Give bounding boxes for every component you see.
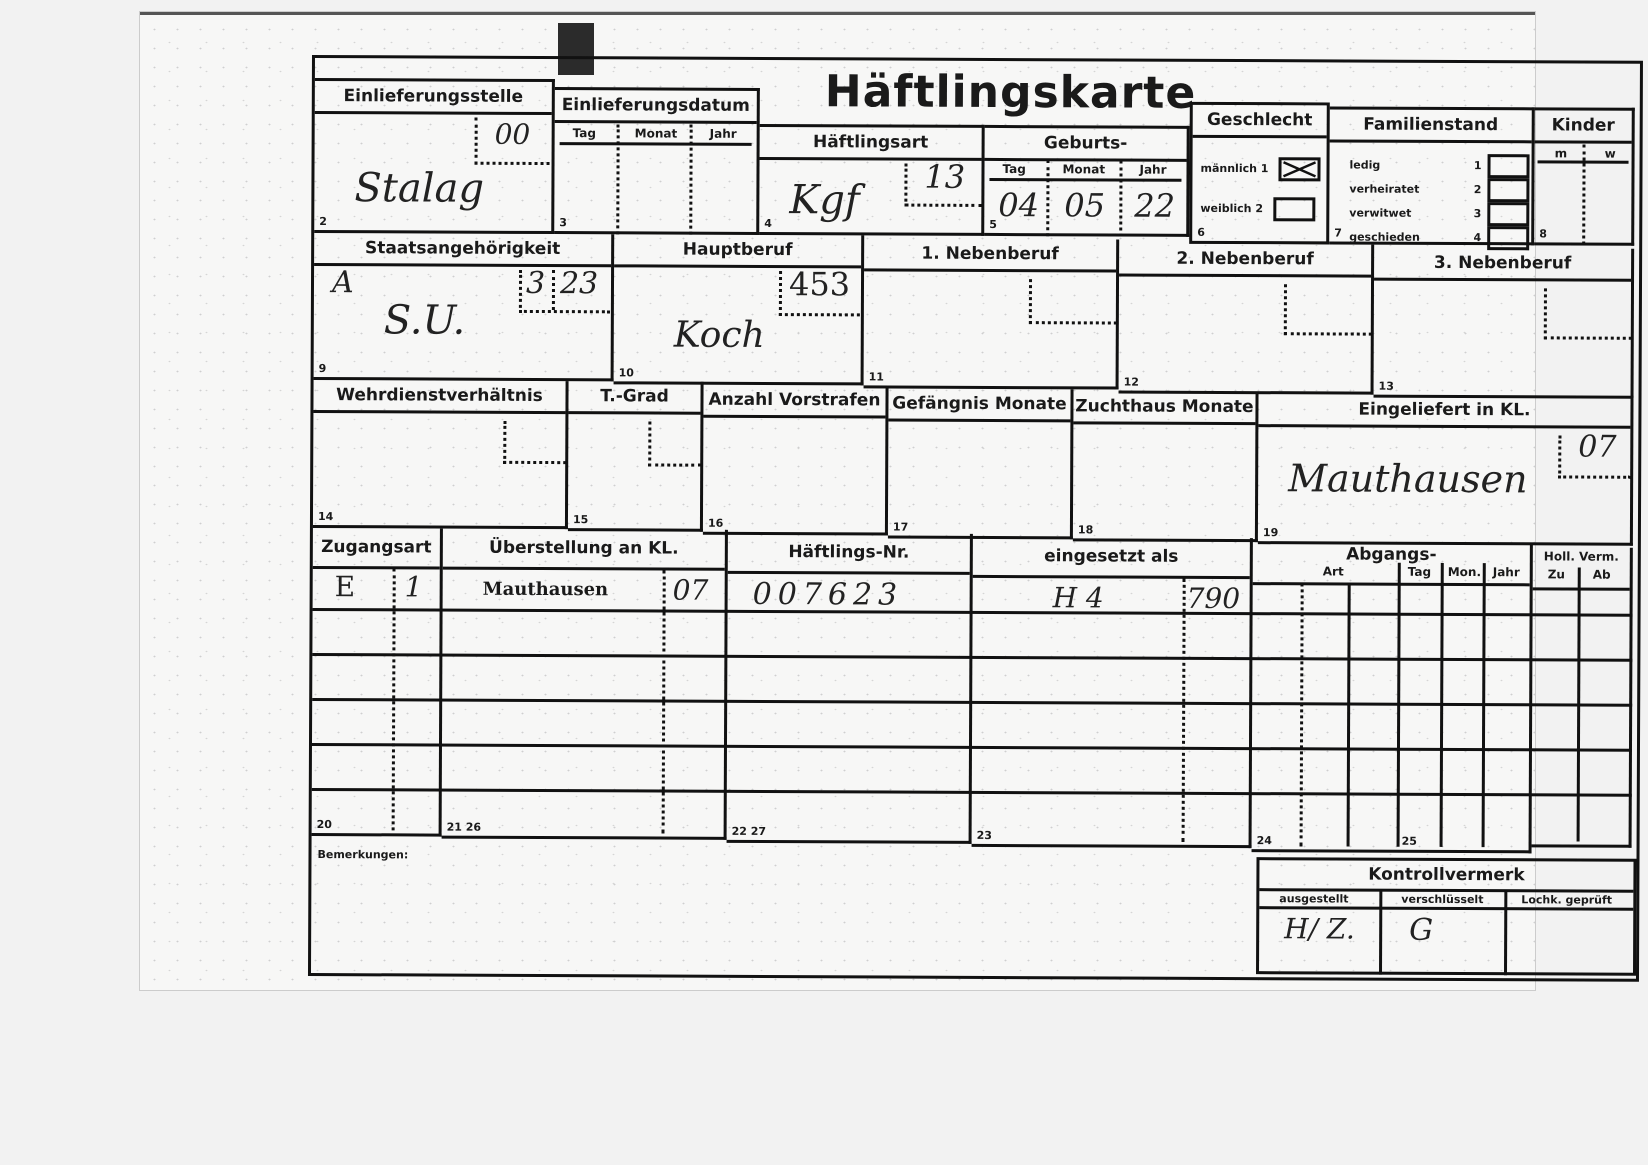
checkbox-icon[interactable] xyxy=(1487,154,1529,178)
field-label: Anzahl Vorstrafen xyxy=(703,385,885,419)
field-label: Häftlingsart xyxy=(760,127,982,161)
checkbox-checked-icon[interactable] xyxy=(1278,157,1320,181)
field-haeftlingsart: Häftlingsart 13 Kgf 4 xyxy=(759,124,984,236)
ueberstellung-value: Mauthausen xyxy=(483,579,609,601)
field-label: Zuchthaus Monate xyxy=(1073,391,1255,425)
field-familienstand: Familienstand ledig1 verheiratet2 verwit… xyxy=(1329,106,1535,245)
field-code: 07 xyxy=(1578,430,1616,465)
field-value: Stalag xyxy=(354,165,484,212)
field-einlieferungsstelle: Einlieferungsstelle 00 Stalag 2 xyxy=(314,78,555,234)
field-value: Kgf xyxy=(789,177,859,223)
bemerkungen-area[interactable]: Bemerkungen: xyxy=(311,842,1257,974)
field-label: T.-Grad xyxy=(568,381,700,415)
field-nebenberuf-3: 3. Nebenberuf 13 xyxy=(1374,248,1635,399)
eingesetzt-code: 790 xyxy=(1187,582,1241,615)
form-grid: Häftlingskarte Einlieferungsstelle 00 St… xyxy=(308,55,1643,982)
nationality-prefix: A xyxy=(332,265,354,300)
card-title: Häftlingskarte xyxy=(825,66,1197,119)
field-geschlecht: Geschlecht männlich 1 weiblich 2 6 xyxy=(1189,102,1330,245)
prisoner-card: Häftlingskarte Einlieferungsstelle 00 St… xyxy=(140,12,1535,990)
field-label: Hauptberuf xyxy=(614,234,861,268)
field-label: Gefängnis Monate xyxy=(888,389,1070,423)
field-label: Geburts- xyxy=(985,128,1187,162)
verschluesselt-initials: G xyxy=(1409,913,1433,948)
birth-month: 05 xyxy=(1064,186,1105,224)
field-label: Einlieferungsdatum xyxy=(555,90,757,124)
field-gefaengnis-monate: Gefängnis Monate 17 xyxy=(888,389,1074,540)
haeftlingsnr-value: 007623 xyxy=(753,577,904,613)
field-kinder: Kinder m w 8 xyxy=(1534,107,1635,245)
column-abgangs: Abgangs- Art Tag Mon. Jahr 24 25 xyxy=(1252,542,1533,853)
field-label: 1. Nebenberuf xyxy=(864,238,1116,272)
eingesetzt-value: H 4 xyxy=(1053,581,1104,614)
column-holl-verm: Holl. Verm. Zu Ab xyxy=(1532,547,1633,847)
option-verheiratet[interactable]: verheiratet2 xyxy=(1349,178,1529,203)
checkbox-icon[interactable] xyxy=(1487,226,1529,250)
nationality-code-1: 3 xyxy=(526,266,545,301)
field-label: Einlieferungsstelle xyxy=(315,81,552,115)
checkbox-icon[interactable] xyxy=(1487,178,1529,202)
field-einlieferungsdatum: Einlieferungsdatum Tag Monat Jahr 3 xyxy=(554,87,760,235)
birth-day: 04 xyxy=(998,186,1039,224)
field-label: Geschlecht xyxy=(1193,105,1327,139)
field-label: Eingeliefert in KL. xyxy=(1258,394,1630,429)
field-value: Koch xyxy=(674,315,765,356)
field-t-grad: T.-Grad 15 xyxy=(568,381,704,532)
field-label: Staatsangehörigkeit xyxy=(314,233,611,267)
birth-year: 22 xyxy=(1134,187,1175,225)
field-zuchthaus-monate: Zuchthaus Monate 18 xyxy=(1073,391,1259,542)
option-weiblich[interactable]: weiblich 2 xyxy=(1200,197,1315,221)
option-ledig[interactable]: ledig1 xyxy=(1349,154,1529,179)
field-eingeliefert-in-kl: Eingeliefert in KL. 07 Mauthausen 19 xyxy=(1258,394,1634,546)
field-label: Familienstand xyxy=(1330,109,1532,143)
field-geburtsdatum: Geburts- Tag Monat Jahr 04 05 22 5 xyxy=(984,125,1189,237)
field-code: 453 xyxy=(789,265,850,303)
field-value: S.U. xyxy=(384,297,466,343)
field-code: 13 xyxy=(924,158,965,196)
nationality-code-2: 23 xyxy=(560,266,598,301)
field-label: Wehrdienstverhältnis xyxy=(313,380,565,414)
column-ueberstellung: Überstellung an KL. Mauthausen 07 21 26 xyxy=(442,529,728,840)
option-geschieden[interactable]: geschieden4 xyxy=(1349,226,1529,251)
option-maennlich[interactable]: männlich 1 xyxy=(1200,157,1320,182)
column-eingesetzt-als: eingesetzt als H 4 790 23 xyxy=(972,537,1253,848)
checkbox-icon[interactable] xyxy=(1273,197,1315,221)
field-nebenberuf-1: 1. Nebenberuf 11 xyxy=(864,238,1120,389)
field-code: 00 xyxy=(495,118,531,151)
kontrollvermerk: Kontrollvermerk ausgestellt verschlüssel… xyxy=(1256,857,1637,976)
field-anzahl-vorstrafen: Anzahl Vorstrafen 16 xyxy=(703,385,889,536)
field-label: 2. Nebenberuf xyxy=(1119,244,1371,278)
option-verwitwet[interactable]: verwitwet3 xyxy=(1349,202,1529,227)
bemerkungen-label: Bemerkungen: xyxy=(317,848,408,861)
field-wehrdienstverhaeltnis: Wehrdienstverhältnis 14 xyxy=(313,380,569,529)
field-label: 3. Nebenberuf xyxy=(1374,248,1631,282)
zugangsart-code: 1 xyxy=(405,570,423,603)
ueberstellung-code: 07 xyxy=(673,574,709,607)
zugangsart-value: E xyxy=(335,570,356,603)
field-label: Kinder xyxy=(1535,110,1632,143)
ausgestellt-initials: H/ Z. xyxy=(1284,912,1355,945)
column-haeftlingsnr: Häftlings-Nr. 007623 22 27 xyxy=(727,533,973,844)
field-staatsangehoerigkeit: Staatsangehörigkeit 3 23 A S.U. 9 xyxy=(314,233,615,381)
field-hauptberuf: Hauptberuf 453 Koch 10 xyxy=(614,234,865,385)
field-nebenberuf-2: 2. Nebenberuf 12 xyxy=(1119,244,1375,395)
field-value: Mauthausen xyxy=(1288,456,1528,501)
checkbox-icon[interactable] xyxy=(1487,202,1529,226)
